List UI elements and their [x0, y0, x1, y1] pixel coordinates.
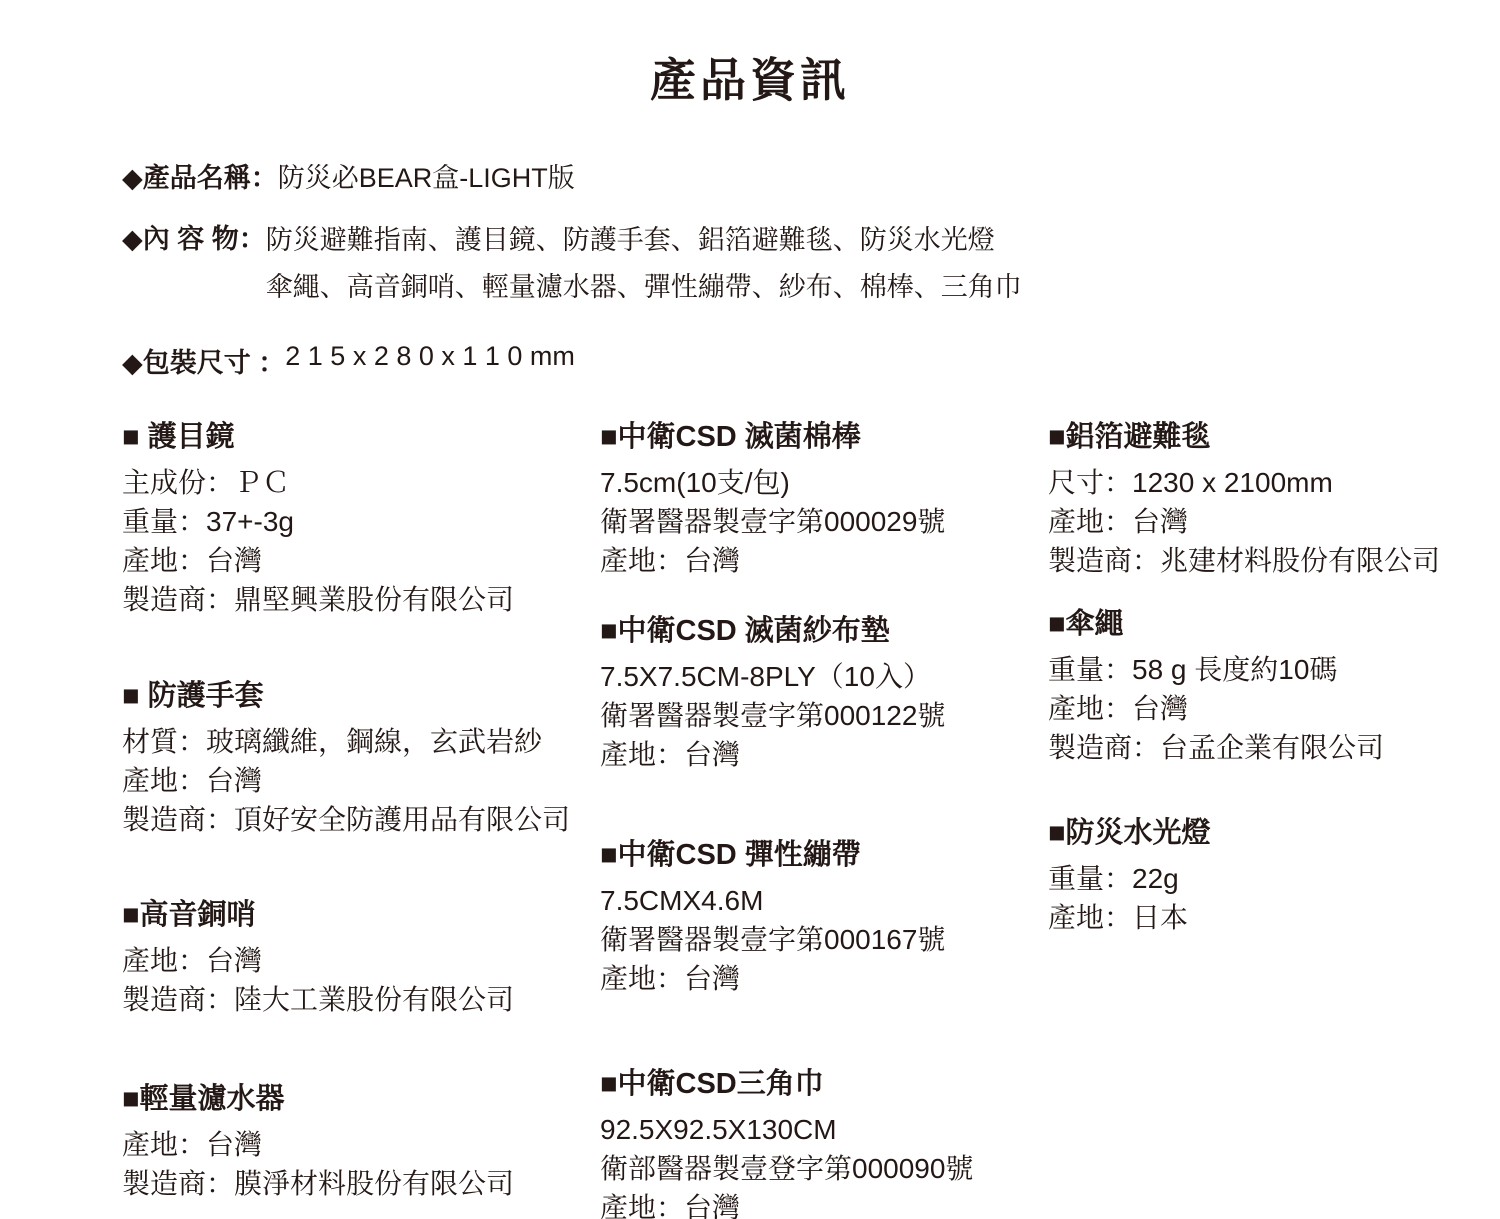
section-triangle-bandage: ■中衛CSD三角巾 92.5X92.5X130CM 衛部醫器製壹登字第00009… [600, 1061, 1048, 1219]
spec-line: 產地：台灣 [1048, 502, 1478, 541]
product-name-row: ◆產品名稱： 防災必BEAR盒-LIGHT版 [122, 156, 1500, 195]
spec-line: 產地：台灣 [122, 1125, 600, 1164]
spec-line: 製造商：陸大工業股份有限公司 [122, 980, 600, 1019]
section-water-filter: ■輕量濾水器 產地：台灣 製造商：膜淨材料股份有限公司 [122, 1076, 600, 1203]
spec-line: 重量：58 g 長度約10碼 [1048, 650, 1478, 689]
spec-line: 7.5CMX4.6M [600, 881, 1048, 920]
spec-line: 重量：22g [1048, 859, 1478, 898]
section-elastic-bandage: ■中衛CSD 彈性繃帶 7.5CMX4.6M 衛署醫器製壹字第000167號 產… [600, 832, 1048, 998]
spec-line: 材質：玻璃纖維，鋼線，玄武岩紗 [122, 722, 600, 761]
section-title: ■高音銅哨 [122, 892, 600, 933]
contents-row: ◆內 容 物： 防災避難指南、護目鏡、防護手套、鋁箔避難毯、防災水光燈 傘繩、高… [122, 217, 1500, 311]
package-size-row: ◆包裝尺寸 ： 2 1 5 x 2 8 0 x 1 1 0 mm [122, 341, 1500, 380]
section-water-light: ■防災水光燈 重量：22g 產地：日本 [1048, 810, 1478, 937]
spec-line: 產地：台灣 [600, 959, 1048, 998]
spec-line: 產地：台灣 [122, 941, 600, 980]
product-info-page: 產品資訊 ◆產品名稱： 防災必BEAR盒-LIGHT版 ◆內 容 物： 防災避難… [0, 0, 1500, 1219]
spec-line: 主成份：ＰＣ [122, 463, 600, 502]
spec-line: 衛署醫器製壹字第000122號 [600, 696, 1048, 735]
section-title: ■中衛CSD 彈性繃帶 [600, 832, 1048, 873]
contents-lines: 防災避難指南、護目鏡、防護手套、鋁箔避難毯、防災水光燈 傘繩、高音銅哨、輕量濾水… [266, 217, 1022, 311]
section-title: ■ 防護手套 [122, 673, 600, 714]
product-name-value: 防災必BEAR盒-LIGHT版 [278, 156, 575, 195]
summary-block: ◆產品名稱： 防災必BEAR盒-LIGHT版 ◆內 容 物： 防災避難指南、護目… [122, 156, 1500, 380]
column-left: ■ 護目鏡 主成份：ＰＣ 重量：37+-3g 產地：台灣 製造商：鼎堅興業股份有… [122, 414, 600, 1219]
section-gloves: ■ 防護手套 材質：玻璃纖維，鋼線，玄武岩紗 產地：台灣 製造商：頂好安全防護用… [122, 673, 600, 839]
spec-line: 產地：台灣 [600, 735, 1048, 774]
section-title: ■中衛CSD 滅菌紗布墊 [600, 608, 1048, 649]
spec-line: 製造商：頂好安全防護用品有限公司 [122, 800, 600, 839]
spec-line: 衛署醫器製壹字第000029號 [600, 502, 1048, 541]
spec-line: 產地：台灣 [122, 541, 600, 580]
section-goggles: ■ 護目鏡 主成份：ＰＣ 重量：37+-3g 產地：台灣 製造商：鼎堅興業股份有… [122, 414, 600, 619]
package-size-value: 2 1 5 x 2 8 0 x 1 1 0 mm [285, 341, 575, 372]
spec-line: 尺寸：1230 x 2100mm [1048, 463, 1478, 502]
package-size-label: ◆包裝尺寸 ： [122, 341, 285, 380]
spec-line: 製造商：膜淨材料股份有限公司 [122, 1164, 600, 1203]
spec-line: 7.5X7.5CM-8PLY（10入） [600, 657, 1048, 696]
section-title: ■中衛CSD 滅菌棉棒 [600, 414, 1048, 455]
spec-columns: ■ 護目鏡 主成份：ＰＣ 重量：37+-3g 產地：台灣 製造商：鼎堅興業股份有… [122, 414, 1500, 1219]
contents-label: ◆內 容 物： [122, 217, 266, 256]
column-right: ■鋁箔避難毯 尺寸：1230 x 2100mm 產地：台灣 製造商：兆建材料股份… [1048, 414, 1478, 1219]
section-cotton-swab: ■中衛CSD 滅菌棉棒 7.5cm(10支/包) 衛署醫器製壹字第000029號… [600, 414, 1048, 580]
spec-line: 產地：台灣 [122, 761, 600, 800]
spec-line: 製造商：台孟企業有限公司 [1048, 728, 1478, 767]
spec-line: 7.5cm(10支/包) [600, 463, 1048, 502]
page-title: 產品資訊 [0, 0, 1500, 110]
spec-line: 衛部醫器製壹登字第000090號 [600, 1149, 1048, 1188]
section-whistle: ■高音銅哨 產地：台灣 製造商：陸大工業股份有限公司 [122, 892, 600, 1019]
spec-line: 產地：台灣 [1048, 689, 1478, 728]
column-middle: ■中衛CSD 滅菌棉棒 7.5cm(10支/包) 衛署醫器製壹字第000029號… [600, 414, 1048, 1219]
section-foil-blanket: ■鋁箔避難毯 尺寸：1230 x 2100mm 產地：台灣 製造商：兆建材料股份… [1048, 414, 1478, 580]
product-name-label: ◆產品名稱： [122, 156, 278, 195]
section-paracord: ■傘繩 重量：58 g 長度約10碼 產地：台灣 製造商：台孟企業有限公司 [1048, 601, 1478, 767]
section-title: ■防災水光燈 [1048, 810, 1478, 851]
section-title: ■中衛CSD三角巾 [600, 1061, 1048, 1102]
section-title: ■輕量濾水器 [122, 1076, 600, 1117]
spec-line: 製造商：兆建材料股份有限公司 [1048, 541, 1478, 580]
spec-line: 產地：台灣 [600, 541, 1048, 580]
contents-line-2: 傘繩、高音銅哨、輕量濾水器、彈性繃帶、紗布、棉棒、三角巾 [266, 264, 1022, 311]
spec-line: 衛署醫器製壹字第000167號 [600, 920, 1048, 959]
section-title: ■傘繩 [1048, 601, 1478, 642]
spec-line: 重量：37+-3g [122, 502, 600, 541]
spec-line: 製造商：鼎堅興業股份有限公司 [122, 580, 600, 619]
section-title: ■鋁箔避難毯 [1048, 414, 1478, 455]
contents-line-1: 防災避難指南、護目鏡、防護手套、鋁箔避難毯、防災水光燈 [266, 217, 1022, 264]
spec-line: 92.5X92.5X130CM [600, 1110, 1048, 1149]
section-title: ■ 護目鏡 [122, 414, 600, 455]
section-gauze-pad: ■中衛CSD 滅菌紗布墊 7.5X7.5CM-8PLY（10入） 衛署醫器製壹字… [600, 608, 1048, 774]
spec-line: 產地：日本 [1048, 898, 1478, 937]
spec-line: 產地：台灣 [600, 1188, 1048, 1219]
